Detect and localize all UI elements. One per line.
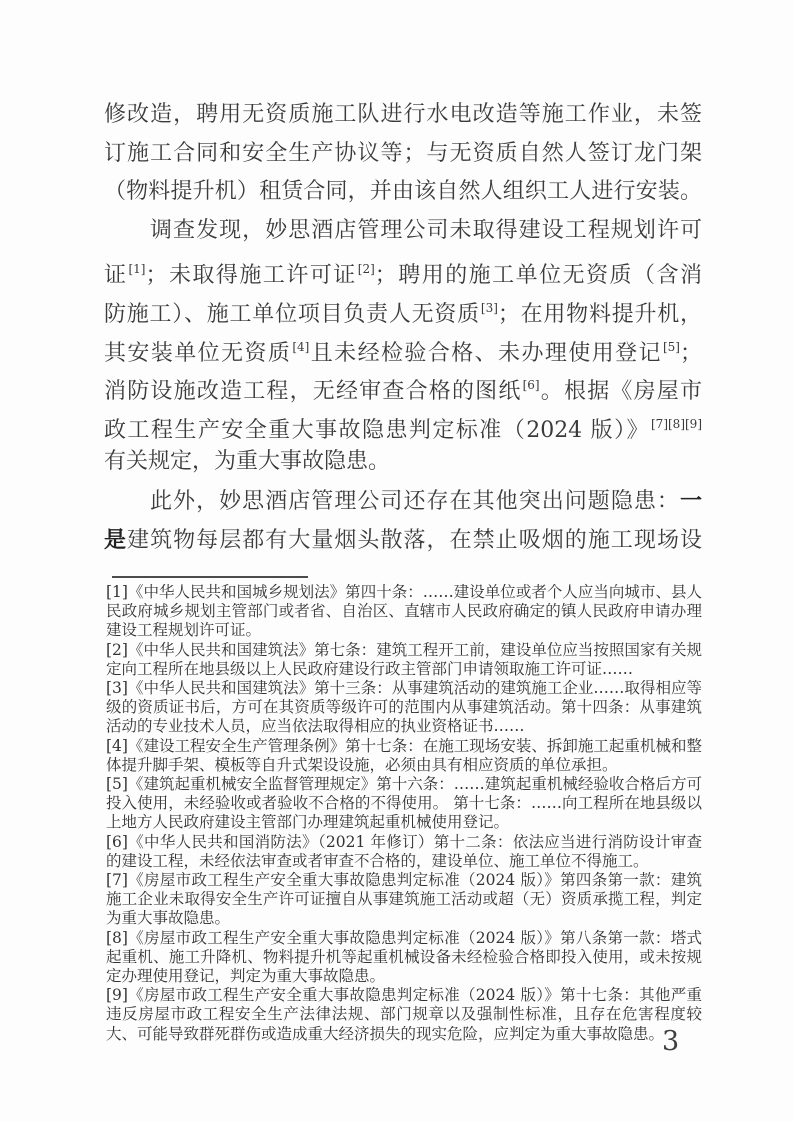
body-text-bold: 是 <box>104 527 127 553</box>
body-text-run: 政工程生产安全重大事故隐患判定标准（2024 版）》 <box>104 418 650 443</box>
body-text-run: 防施工）、施工单位项目负责人无资质 <box>104 302 480 327</box>
body-line: 其安装单位无资质[4]且未经检验合格、未办理使用登记[5]； <box>104 328 702 367</box>
body-line: 修改造，聘用无资质施工队进行水电改造等施工作业，未签 <box>104 96 702 135</box>
body-line: 调查发现，妙思酒店管理公司未取得建设工程规划许可 <box>104 212 702 251</box>
body-line: 证[1]；未取得施工许可证[2]；聘用的施工单位无资质（含消 <box>104 250 702 289</box>
body-text-run: 有关规定，为重大事故隐患。 <box>104 449 390 474</box>
body-text-run: 修改造，聘用无资质施工队进行水电改造等施工作业，未签 <box>104 102 702 127</box>
body-text-run: ；未取得施工许可证 <box>145 263 356 288</box>
body-text-run: （物料提升机）租赁合同，并由该自然人组织工人进行安装。 <box>104 179 702 204</box>
body-text-run: 消防设施改造工程，无经审查合格的图纸 <box>104 379 522 404</box>
body-text-run: 订施工合同和安全生产协议等；与无资质自然人签订龙门架 <box>104 141 702 166</box>
body-line: 订施工合同和安全生产协议等；与无资质自然人签订龙门架 <box>104 135 702 174</box>
footnote-ref: [4] <box>292 340 309 354</box>
body-text-run: ； <box>680 341 702 366</box>
body-text-run: ；在用物料提升机， <box>498 302 702 327</box>
footnote-list: [1]《中华人民共和国城乡规划法》第四十条：……建设单位或者个人应当向城市、县人… <box>106 583 702 1044</box>
footnote-ref: [5] <box>663 340 680 354</box>
body-text-run: 证 <box>104 263 127 288</box>
footnote-ref: [1] <box>128 262 145 276</box>
footnote-ref: [6] <box>523 378 540 392</box>
footnote-separator <box>112 576 308 578</box>
body-line: 防施工）、施工单位项目负责人无资质[3]；在用物料提升机， <box>104 289 702 328</box>
footnote-ref: [3] <box>481 301 498 315</box>
body-text-run: 。根据《房屋市 <box>540 379 702 404</box>
body-line: 有关规定，为重大事故隐患。 <box>104 443 702 482</box>
footnote-item: [4]《建设工程安全生产管理条例》第十七条：在施工现场安装、拆卸施工起重机械和整… <box>106 737 702 775</box>
body-line: 是建筑物每层都有大量烟头散落，在禁止吸烟的施工现场设 <box>104 521 702 560</box>
footnote-ref: [2] <box>358 262 375 276</box>
body-text-run: 调查发现，妙思酒店管理公司未取得建设工程规划许可 <box>150 218 702 243</box>
footnote-item: [6]《中华人民共和国消防法》（2021 年修订）第十二条：依法应当进行消防设计… <box>106 833 702 871</box>
body-text: 修改造，聘用无资质施工队进行水电改造等施工作业，未签订施工合同和安全生产协议等；… <box>104 96 702 559</box>
body-line: （物料提升机）租赁合同，并由该自然人组织工人进行安装。 <box>104 173 702 212</box>
body-line: 政工程生产安全重大事故隐患判定标准（2024 版）》[7][8][9] <box>104 405 702 444</box>
footnote-item: [3]《中华人民共和国建筑法》第十三条：从事建筑活动的建筑施工企业……取得相应等… <box>106 679 702 737</box>
body-text-run: 此外，妙思酒店管理公司还存在其他突出问题隐患： <box>150 489 680 514</box>
document-page: 修改造，聘用无资质施工队进行水电改造等施工作业，未签订施工合同和安全生产协议等；… <box>0 0 793 1121</box>
footnote-item: [7]《房屋市政工程生产安全重大事故隐患判定标准（2024 版）》第四条第一款：… <box>106 871 702 929</box>
page-number: 3 <box>662 1026 679 1057</box>
body-text-bold: 一 <box>680 488 702 514</box>
footnote-ref: [7][8][9] <box>651 417 702 431</box>
footnote-item: [9]《房屋市政工程生产安全重大事故隐患判定标准（2024 版）》第十七条：其他… <box>106 986 702 1044</box>
body-text-run: ；聘用的施工单位无资质（含消 <box>375 263 702 288</box>
body-line: 消防设施改造工程，无经审查合格的图纸[6]。根据《房屋市 <box>104 366 702 405</box>
body-text-run: 建筑物每层都有大量烟头散落，在禁止吸烟的施工现场设 <box>127 528 702 553</box>
footnote-item: [2]《中华人民共和国建筑法》第七条：建筑工程开工前，建设单位应当按照国家有关规… <box>106 641 702 679</box>
body-text-run: 且未经检验合格、未办理使用登记 <box>309 341 662 366</box>
footnote-item: [8]《房屋市政工程生产安全重大事故隐患判定标准（2024 版）》第八条第一款：… <box>106 929 702 987</box>
body-line: 此外，妙思酒店管理公司还存在其他突出问题隐患：一 <box>104 482 702 521</box>
footnote-item: [5]《建筑起重机械安全监督管理规定》第十六条：……建筑起重机械经验收合格后方可… <box>106 775 702 833</box>
body-text-run: 其安装单位无资质 <box>104 341 291 366</box>
footnote-item: [1]《中华人民共和国城乡规划法》第四十条：……建设单位或者个人应当向城市、县人… <box>106 583 702 641</box>
